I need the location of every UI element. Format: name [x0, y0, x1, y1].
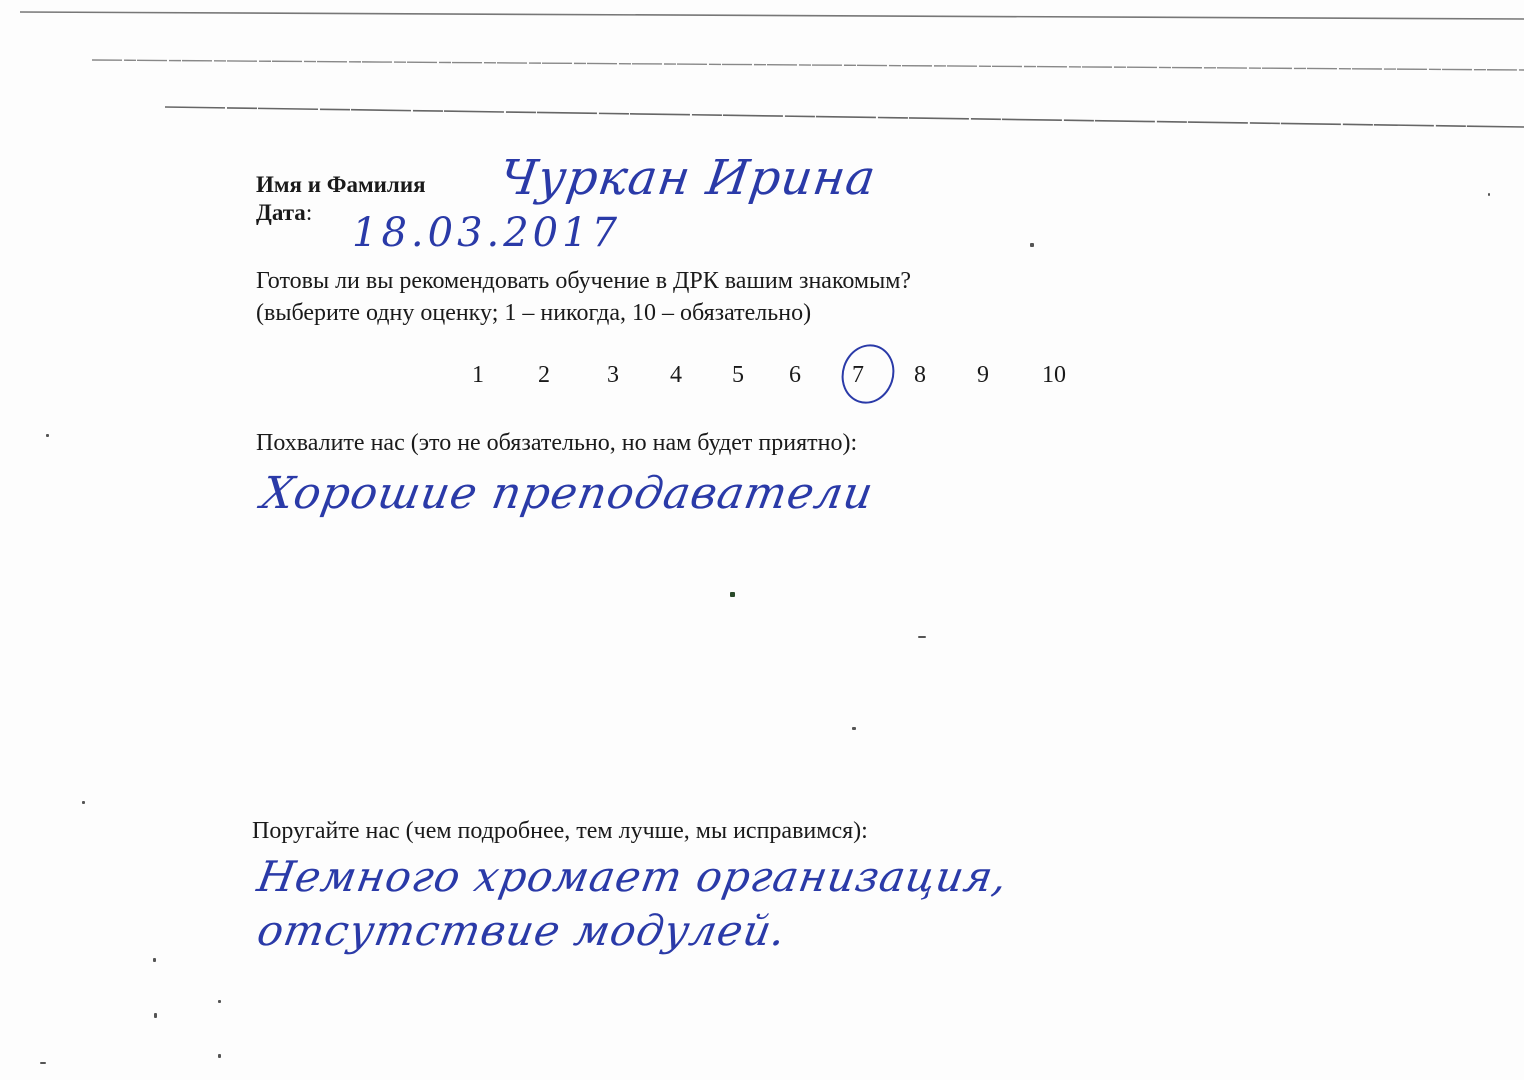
rule-line-3 — [165, 107, 1524, 127]
scan-speck — [154, 1013, 157, 1018]
scan-speck — [153, 958, 156, 962]
scan-speck — [218, 1000, 221, 1003]
scan-speck — [1488, 193, 1490, 196]
score-9: 9 — [977, 362, 989, 389]
praise-prompt: Похвалите нас (это не обязательно, но на… — [256, 430, 857, 457]
scan-speck — [852, 727, 856, 730]
score-2: 2 — [538, 362, 550, 389]
score-8: 8 — [914, 362, 926, 389]
header-ruled-lines — [0, 0, 1524, 140]
score-5: 5 — [732, 362, 744, 389]
score-3: 3 — [607, 362, 619, 389]
criticism-prompt: Поругайте нас (чем подробнее, тем лучше,… — [252, 818, 868, 845]
scan-speck — [918, 636, 926, 638]
scan-speck — [82, 801, 85, 804]
scan-speck — [1030, 243, 1034, 247]
rule-line-1 — [20, 12, 1524, 19]
selected-score-circle — [834, 337, 902, 410]
scan-speck — [40, 1062, 46, 1064]
recommend-hint: (выберите одну оценку; 1 – никогда, 10 –… — [256, 300, 811, 327]
date-label: Дата: — [256, 200, 312, 226]
score-10: 10 — [1042, 362, 1066, 389]
praise-answer: Хорошие преподаватели — [258, 468, 878, 519]
name-handwritten: Чуркан Ирина — [496, 150, 879, 206]
date-label-text: Дата — [256, 200, 306, 225]
recommend-question: Готовы ли вы рекомендовать обучение в ДР… — [256, 268, 911, 295]
rule-line-2 — [92, 60, 1524, 70]
score-1: 1 — [472, 362, 484, 389]
scan-speck — [46, 434, 49, 437]
scan-speck — [730, 592, 735, 597]
criticism-answer-line-1: Немного хромает организация, — [254, 852, 1012, 901]
scan-speck — [218, 1054, 221, 1058]
name-label: Имя и Фамилия — [256, 172, 426, 198]
score-4: 4 — [670, 362, 682, 389]
criticism-answer-line-2: отсутствие модулей. — [254, 906, 791, 955]
date-handwritten: 18.03.2017 — [352, 210, 621, 256]
date-label-colon: : — [306, 200, 312, 225]
score-6: 6 — [789, 362, 801, 389]
scanned-form-page: Имя и Фамилия Дата: Чуркан Ирина 18.03.2… — [0, 0, 1524, 1080]
